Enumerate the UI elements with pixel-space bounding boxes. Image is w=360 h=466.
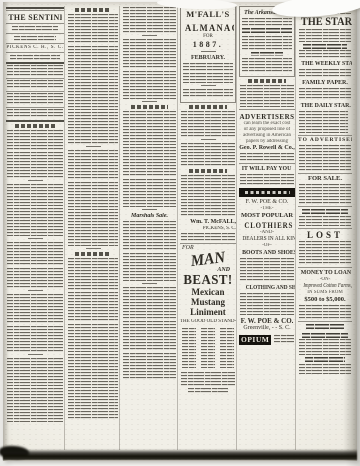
divider [86, 248, 101, 249]
editorial-paragraph [7, 358, 63, 386]
rule [180, 243, 236, 244]
divider [28, 238, 43, 239]
editorial-paragraph [7, 152, 63, 178]
editorial-paragraph [7, 208, 63, 236]
legal-notice-paragraph [123, 253, 176, 281]
ailment-column [220, 328, 234, 368]
advertisers-heading: ADVERTISERS [239, 113, 295, 121]
article-paragraph [123, 7, 176, 33]
mustang-ailment-list [181, 327, 235, 370]
bottom-scan-band [3, 449, 357, 460]
star-editor-line [303, 44, 346, 49]
c: CLOTHIERS [239, 220, 295, 230]
divider [201, 85, 216, 86]
mustang-beast-word: BEAST! [182, 274, 234, 288]
pay-you-text [240, 174, 294, 186]
left-edge-shadow [3, 2, 9, 461]
legal-notice-paragraph [181, 175, 235, 197]
divider [142, 101, 157, 102]
ailment-column [201, 328, 215, 368]
poe-clothing: CLOTHING AND SHOES [246, 284, 295, 292]
almanac-ad: M'FALL'S ALMANAC FOR 1887. FEBRUARY. [180, 6, 236, 103]
mustang-brand-line1: Mexican [181, 288, 234, 298]
almanac-ad-text [183, 73, 233, 83]
article-paragraph [123, 353, 176, 379]
divider [28, 290, 43, 291]
almanac-ad-text [183, 63, 233, 71]
advertisers-agency: Geo. P. Rowell & Co., [239, 145, 295, 152]
article-paragraph [123, 287, 176, 319]
divider [201, 139, 216, 140]
attorney-card-name [302, 209, 348, 214]
advertisers-address [240, 153, 294, 161]
article-paragraph [123, 179, 176, 207]
almanac-ad-month: FEBRUARY. [182, 55, 234, 62]
masthead-title: THE SENTINEL. [8, 12, 61, 22]
rule [6, 52, 64, 53]
mustang-brand-line2: Mustang [181, 298, 234, 308]
article-paragraph [68, 324, 118, 352]
mustang-brand-line3: Liniment [181, 308, 234, 318]
c: IT WILL PAY YOU [239, 165, 295, 173]
traveler-offer-line [251, 52, 282, 56]
c: CLOTHING AND SHOES [239, 284, 295, 292]
legal-notice-paragraph [181, 111, 235, 137]
reversed-ad-banner [239, 188, 295, 197]
poe-boots: BOOTS AND SHOES. [242, 249, 295, 257]
editorial-paragraph [7, 268, 63, 288]
masthead-place-line: PICKENS C. H., S. C. [6, 45, 64, 51]
marshals-sale-heading: Marshals Sale. [122, 213, 177, 220]
notice-block [7, 65, 63, 76]
divider [28, 354, 43, 355]
article-heading [75, 252, 110, 256]
traveler-text [242, 18, 292, 26]
arkansas-traveler-ad: The Arkansas Traveler. [239, 6, 295, 77]
divider [86, 146, 101, 147]
editorial-paragraph [7, 326, 63, 352]
display-ad-subline [302, 333, 348, 338]
poe-clothiers-ad: F. W. POE & CO. -THE- MOST POPULAR CLOTH… [239, 199, 295, 332]
poe-clothiers: CLOTHIERS [244, 220, 293, 230]
traveler-text [242, 36, 292, 50]
legal-notice-heading [189, 105, 227, 109]
small-ad-heading [248, 79, 286, 83]
article-paragraph [68, 354, 118, 388]
c: DEALERS IN ALL KINDS [239, 236, 295, 243]
article-paragraph [68, 46, 118, 80]
notice-block [7, 80, 63, 89]
rule [6, 107, 64, 108]
notice-block [7, 93, 63, 105]
poe-firm-sig: F. W. POE & CO. [239, 317, 295, 325]
almanac-ad-product: ALMANAC [185, 24, 234, 34]
poe-dealers: DEALERS IN ALL KINDS [242, 236, 295, 243]
opium-ad-text [274, 335, 294, 344]
rate-lines [299, 111, 348, 133]
mustang-ad-footer [188, 388, 227, 394]
poe-firm-top: F. W. POE & CO. [239, 199, 295, 206]
opium-logo: OPIUM [239, 335, 271, 345]
legal-notice-paragraph [181, 199, 235, 217]
rule [6, 10, 64, 11]
column-1: THE SENTINEL. PICKENS C. H., S. C. [6, 6, 64, 450]
divider [28, 180, 43, 181]
newspaper-scan: THE SENTINEL. PICKENS C. H., S. C. [0, 0, 360, 466]
article-paragraph [68, 390, 118, 420]
rule [239, 109, 295, 110]
almanac-ad-text [183, 89, 233, 98]
column-5: The Arkansas Traveler. ADVERTISERS can l… [236, 6, 295, 450]
article-paragraph [123, 71, 176, 99]
editorial-paragraph [7, 388, 63, 422]
article-paragraph [68, 292, 118, 322]
article-paragraph [68, 258, 118, 290]
column-3: Marshals Sale. [119, 6, 177, 450]
poe-ad-text [240, 293, 294, 315]
ailment-column [182, 328, 196, 368]
pay-you-heading: IT WILL PAY YOU [242, 165, 292, 173]
divider [142, 209, 157, 210]
article-heading [131, 105, 168, 109]
poe-place: Greenville, - - S. C. [239, 325, 295, 332]
legal-notice-paragraph [181, 143, 235, 167]
rule [6, 23, 64, 24]
rule [6, 78, 64, 79]
article-heading [75, 8, 110, 12]
rule [6, 33, 64, 34]
rule2 [6, 7, 64, 9]
mustang-tagline: THE GOOD OLD STAND-BY. [180, 319, 236, 325]
article-paragraph [68, 14, 118, 44]
poe-popular: MOST POPULAR [239, 212, 295, 220]
dateline [10, 55, 59, 60]
legal-notice-paragraph [181, 233, 235, 241]
rule [6, 43, 64, 44]
article-paragraph [68, 82, 118, 110]
rowell-advertisers-ad: ADVERTISERS can learn the exact cost of … [239, 113, 295, 161]
editorial-paragraph [7, 294, 63, 324]
newspaper-page: THE SENTINEL. PICKENS C. H., S. C. [3, 2, 357, 461]
rule [239, 163, 295, 164]
divider [142, 35, 157, 36]
rule2 [6, 120, 64, 122]
legal-notice-paragraph [123, 221, 176, 251]
small-ad-text [240, 85, 294, 107]
poe-ad-text [240, 258, 294, 282]
display-ad-firms [305, 357, 346, 362]
mustang-ad-text [181, 372, 235, 386]
publisher-line [12, 26, 58, 31]
editorial-heading [15, 124, 54, 128]
column-4: M'FALL'S ALMANAC FOR 1887. FEBRUARY. Wm.… [177, 6, 236, 450]
article-paragraph [68, 212, 118, 246]
article-paragraph [123, 321, 176, 351]
traveler-text [242, 58, 292, 72]
editorial-paragraph [7, 130, 63, 150]
c: ALMANAC [182, 24, 234, 34]
proprietor-line [14, 36, 56, 41]
legal-notice-heading [189, 169, 227, 173]
article-paragraph [123, 111, 176, 145]
article-paragraph [68, 182, 118, 210]
rule2 [6, 62, 64, 64]
mustang-liniment-ad: FOR MAN AND BEAST! Mexican Mustang Linim… [180, 245, 236, 394]
rule [6, 91, 64, 92]
article-paragraph [123, 39, 176, 69]
almanac-ad-name: M'FALL'S [182, 9, 234, 19]
almanac-ad-year: 1887. [182, 40, 234, 49]
article-paragraph [68, 150, 118, 180]
display-ad-headline [306, 324, 344, 331]
article-paragraph [123, 147, 176, 177]
article-paragraph [68, 112, 118, 144]
editorial-paragraph [7, 242, 63, 266]
notice-block [7, 109, 63, 118]
mcfall-place: PICKENS, S. C. [180, 226, 236, 232]
divider [201, 51, 216, 52]
editorial-paragraph [7, 184, 63, 206]
right-edge-shadow [343, 2, 357, 461]
mcfall-signature: Wm. T. McFALL, [180, 219, 236, 226]
traveler-bold-line [242, 28, 292, 34]
column-2 [64, 6, 119, 450]
c: BOOTS AND SHOES. [239, 249, 295, 257]
divider [142, 283, 157, 284]
opium-ad: OPIUM [239, 334, 295, 346]
